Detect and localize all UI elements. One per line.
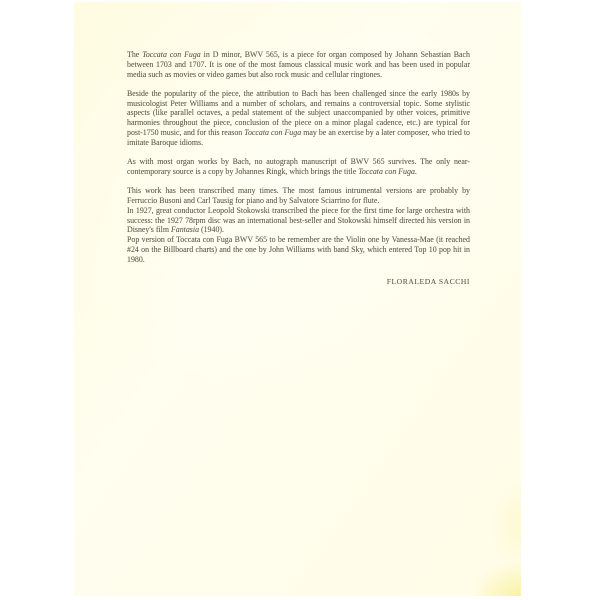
paragraph-intro: The Toccata con Fuga in D minor, BWV 565… (127, 50, 470, 79)
paragraph-transcriptions: This work has been transcribed many time… (127, 186, 470, 206)
paragraph-manuscript: As with most organ works by Bach, no aut… (127, 157, 470, 177)
work-title-italic: Toccata con Fuga (358, 167, 415, 176)
paragraph-attribution: Beside the popularity of the piece, the … (127, 89, 470, 148)
scanned-booklet-photo: The Toccata con Fuga in D minor, BWV 565… (0, 0, 600, 600)
paragraph-text: (1940). (199, 225, 224, 234)
work-title-italic: Toccata con Fuga (244, 128, 301, 137)
booklet-page: The Toccata con Fuga in D minor, BWV 565… (74, 2, 521, 596)
liner-notes-text: The Toccata con Fuga in D minor, BWV 565… (127, 50, 470, 286)
work-title-italic: Toccata con Fuga (142, 50, 201, 59)
paragraph-text: The (127, 50, 142, 59)
paragraph-stokowski: In 1927, great conductor Leopold Stokows… (127, 206, 470, 235)
film-title-italic: Fantasia (171, 225, 199, 234)
paragraph-pop-versions: Pop version of Toccata con Fuga BWV 565 … (127, 235, 470, 264)
author-signature: FLORALEDA SACCHI (127, 277, 470, 287)
paragraph-text: As with most organ works by Bach, no aut… (127, 157, 470, 176)
paragraph-text: . (415, 167, 417, 176)
